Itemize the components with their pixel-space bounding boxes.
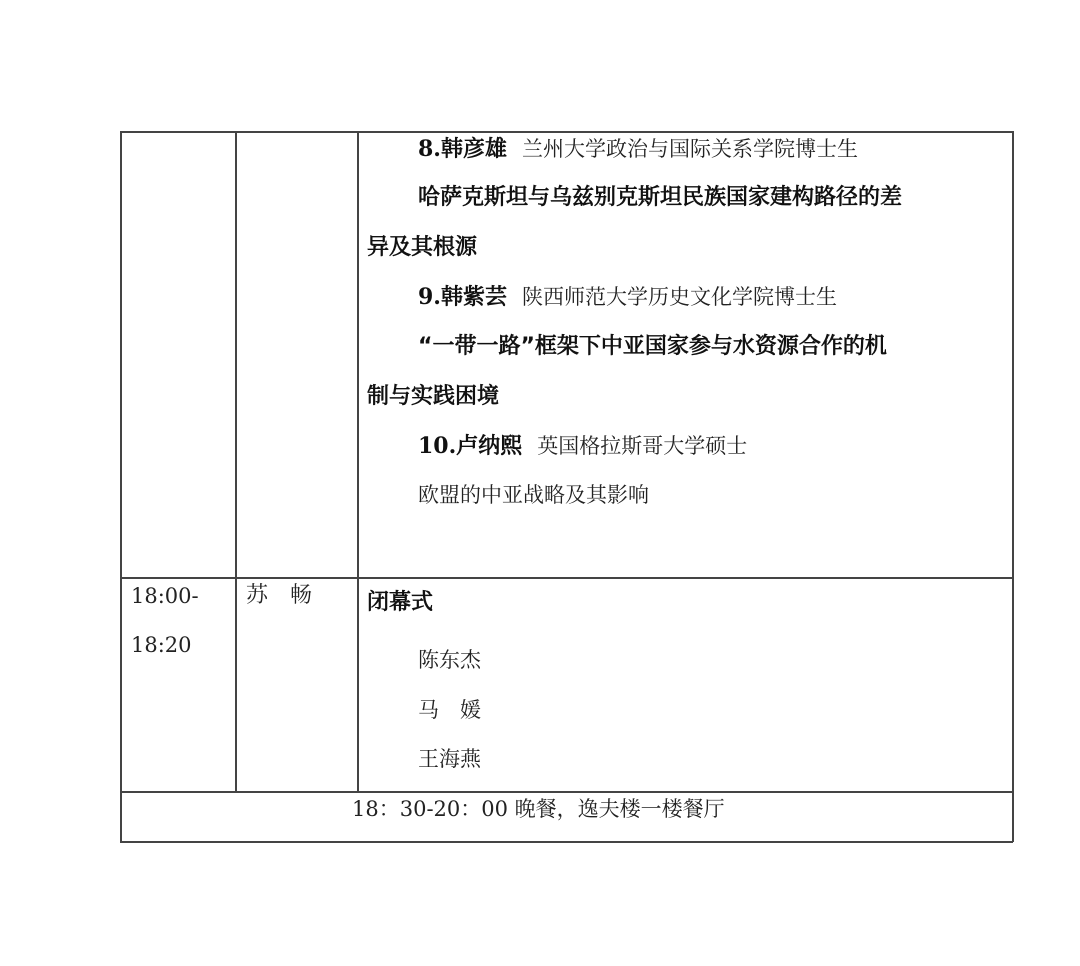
host-name: 苏 畅 [246,583,312,609]
presenter-name: 韩紫芸 [441,285,507,310]
presenter-name: 韩彦雄 [441,137,507,162]
dinner-notice: 18：30-20：00 晚餐，逸夫楼一楼餐厅 [352,796,725,822]
session-title: 闭幕式 [367,590,433,616]
speaker-2: 马 媛 [418,697,481,723]
column-divider-2 [357,131,359,792]
presenter-affiliation: 兰州大学政治与国际关系学院博士生 [522,137,858,161]
presenter-affiliation: 陕西师范大学历史文化学院博士生 [522,285,837,309]
time-start: 18:00- [131,583,199,609]
speaker-3: 王海燕 [418,746,481,772]
table-border-left [120,131,122,842]
presentation-number: 8. [418,136,441,162]
presenter-line: 8.韩彦雄 兰州大学政治与国际关系学院博士生 [418,136,858,163]
table-border-right [1012,131,1014,842]
presentation-title-line2: 制与实践困境 [367,384,499,410]
presentation-title-line1: 欧盟的中亚战略及其影响 [418,482,649,508]
presentation-number: 9. [418,284,441,310]
row-divider-1 [120,577,1013,579]
presenter-name: 卢纳熙 [456,434,522,459]
table-border-top [120,131,1013,133]
time-end: 18:20 [131,632,192,658]
document-page: 8.韩彦雄 兰州大学政治与国际关系学院博士生 哈萨克斯坦与乌兹别克斯坦民族国家建… [0,0,1080,966]
speaker-1: 陈东杰 [418,647,481,673]
presentation-title-line1: “一带一路”框架下中亚国家参与水资源合作的机 [418,334,887,360]
presentation-title-line2: 异及其根源 [367,235,477,261]
presentation-title-line1: 哈萨克斯坦与乌兹别克斯坦民族国家建构路径的差 [418,185,902,211]
presenter-affiliation: 英国格拉斯哥大学硕士 [537,434,747,458]
presenter-line: 10.卢纳熙 英国格拉斯哥大学硕士 [418,433,747,460]
presenter-line: 9.韩紫芸 陕西师范大学历史文化学院博士生 [418,284,837,311]
column-divider-1 [235,131,237,792]
row-divider-2 [120,791,1013,793]
table-border-bottom [120,841,1013,843]
presentation-number: 10. [418,433,456,459]
